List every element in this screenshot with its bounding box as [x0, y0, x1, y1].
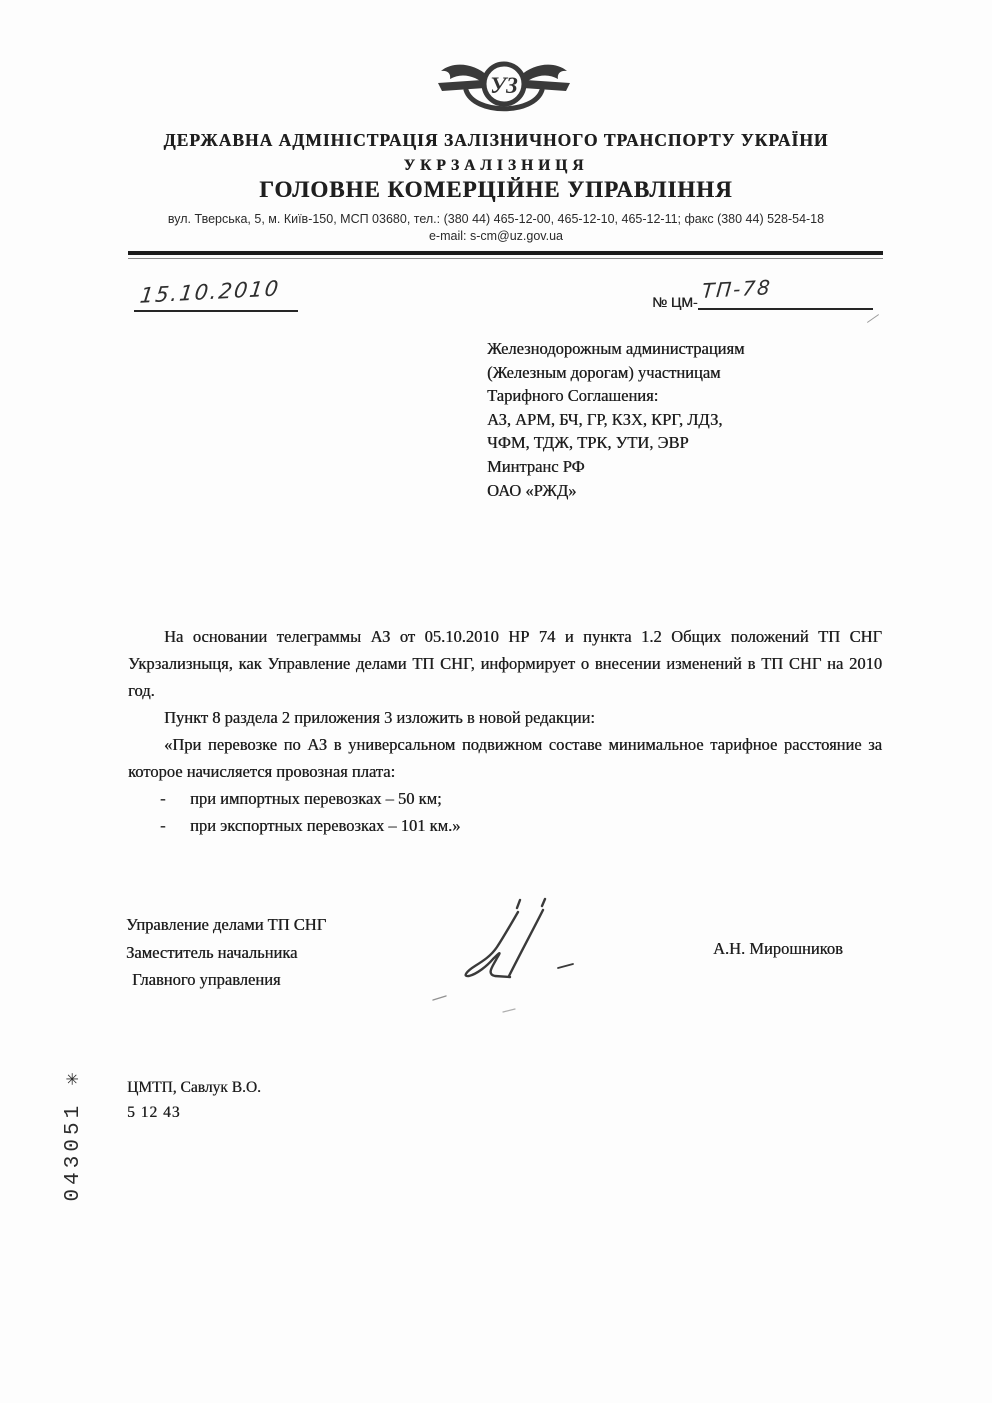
signer-name: А.Н. Мирошников: [713, 939, 843, 959]
letterhead-divider: [128, 251, 883, 259]
org-name-line2: УКРЗАЛІЗНИЦЯ: [0, 157, 992, 175]
executor-line: ЦМТП, Савлук В.О.: [127, 1079, 261, 1097]
body-paragraph-3: «При перевозке по АЗ в универсальном под…: [128, 731, 882, 785]
addressee-line: ЧФМ, ТДЖ, ТРК, УТИ, ЭВР: [487, 431, 744, 455]
body-paragraph-1: На основании телеграммы АЗ от 05.10.2010…: [128, 623, 882, 704]
uz-winged-wheel-logo-icon: УЗ: [438, 52, 570, 118]
list-item: - при импортных перевозках – 50 км;: [128, 785, 882, 812]
org-name-line1: ДЕРЖАВНА АДМІНІСТРАЦІЯ ЗАЛІЗНИЧНОГО ТРАН…: [0, 130, 992, 151]
addressee-line: ОАО «РЖД»: [487, 479, 744, 503]
handwritten-signature-icon: [405, 882, 595, 1017]
scanned-letter-page: УЗ ДЕРЖАВНА АДМІНІСТРАЦІЯ ЗАЛІЗНИЧНОГО Т…: [0, 0, 992, 1403]
letter-body: На основании телеграммы АЗ от 05.10.2010…: [128, 623, 882, 839]
addressee-block: Железнодорожным администрациям (Железным…: [487, 337, 744, 502]
addressee-line: Железнодорожным администрациям: [487, 337, 744, 361]
list-item-marker: -: [160, 812, 190, 839]
org-address-line: вул. Тверська, 5, м. Київ-150, МСП 03680…: [0, 212, 992, 226]
addressee-line: Тарифного Соглашения:: [487, 384, 744, 408]
org-email-line: e-mail: s-cm@uz.gov.ua: [0, 229, 992, 243]
signature-org-line: Управление делами ТП СНГ: [126, 911, 326, 939]
list-item-text: при экспортных перевозках – 101 км.»: [190, 812, 460, 839]
body-paragraph-2: Пункт 8 раздела 2 приложения 3 изложить …: [128, 704, 882, 731]
executor-phone: 5 12 43: [127, 1104, 181, 1122]
addressee-line: АЗ, АРМ, БЧ, ГР, КЗХ, КРГ, ЛДЗ,: [487, 408, 744, 432]
scan-artifact-mark: [867, 314, 879, 323]
number-underline: [698, 308, 873, 310]
signature-title-block: Управление делами ТП СНГ Заместитель нач…: [126, 911, 326, 994]
handwritten-date: 15.10.2010: [139, 276, 282, 308]
registration-stamp-number: 043051 ✳: [59, 1067, 85, 1203]
handwritten-document-number: ТП-78: [701, 275, 773, 303]
document-number-label: № ЦМ-: [652, 294, 698, 310]
addressee-line: (Железным дорогам) участницам: [487, 361, 744, 385]
org-name-line3: ГОЛОВНЕ КОМЕРЦІЙНЕ УПРАВЛІННЯ: [0, 177, 992, 203]
signature-org-line: Заместитель начальника: [126, 939, 326, 967]
list-item-text: при импортных перевозках – 50 км;: [190, 785, 442, 812]
list-item-marker: -: [160, 785, 190, 812]
svg-text:УЗ: УЗ: [490, 73, 518, 98]
date-underline: [134, 310, 298, 312]
list-item: - при экспортных перевозках – 101 км.»: [128, 812, 882, 839]
signature-org-line: Главного управления: [126, 966, 326, 994]
addressee-line: Минтранс РФ: [487, 455, 744, 479]
